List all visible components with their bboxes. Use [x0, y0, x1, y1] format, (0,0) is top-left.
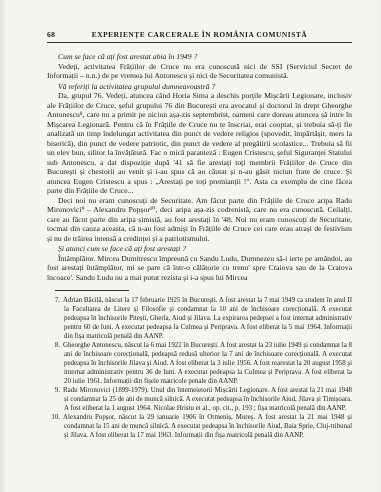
interview-answer: Întâmplător. Mircea Dumitrescu împreună … [47, 254, 352, 283]
footnotes-section: 7.Adrian Băcilă, născut la 17 februarie … [47, 296, 352, 440]
footnote-text: Gheorghe Antonescu, născut la 6 mai 1922… [63, 342, 352, 385]
footnote-text: Radu Mironovici (1899-1979). Unul din în… [63, 387, 352, 412]
running-title: EXPERIENȚE CARCERALE ÎN ROMÂNIA COMUNIST… [47, 30, 352, 39]
footnote-number: 8. [47, 341, 60, 350]
footnote-text: Alexandru Popșor, născut la 29 ianuarie … [63, 414, 352, 439]
footnote-item: 9.Radu Mironovici (1899-1979). Unul din … [47, 386, 352, 413]
running-header: 68 EXPERIENȚE CARCERALE ÎN ROMÂNIA COMUN… [47, 30, 352, 43]
interview-answer: Da, grupul 76. Vedeți, atuncea când Hori… [47, 91, 352, 196]
interview-text: Cum se face că ați fost arestat abia în … [47, 52, 352, 282]
footnote-number: 10. [47, 413, 60, 422]
page-number: 68 [47, 30, 55, 39]
footnote-text: Adrian Băcilă, născut la 17 februarie 19… [63, 297, 352, 340]
footnote-item: 7.Adrian Băcilă, născut la 17 februarie … [47, 296, 352, 341]
footnote-number: 9. [47, 386, 60, 395]
interview-question: Vă referiți la activitatea grupului dumn… [47, 82, 352, 92]
footnote-item: 10.Alexandru Popșor, născut la 29 ianuar… [47, 413, 352, 440]
book-page: 68 EXPERIENȚE CARCERALE ÎN ROMÂNIA COMUN… [0, 0, 381, 492]
interview-answer: Deci noi nu eram cunoscuți de Securitate… [47, 196, 352, 244]
interview-answer: Vedeți, activitatea Frățiilor de Cruce n… [47, 62, 352, 81]
interview-question: Și atunci cum se face că ați fost aresta… [47, 244, 352, 254]
footnote-number: 7. [47, 296, 60, 305]
interview-question: Cum se face că ați fost arestat abia în … [47, 52, 352, 62]
footnote-separator [55, 290, 129, 291]
footnote-item: 8.Gheorghe Antonescu, născut la 6 mai 19… [47, 341, 352, 386]
